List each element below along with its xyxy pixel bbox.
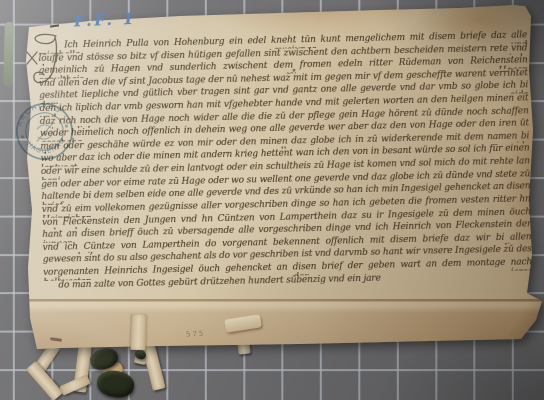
- charter-photograph: Ich Heinrich Pulla von Hohenburg ein ede…: [0, 0, 544, 400]
- initial-flourish-icon: [22, 30, 66, 88]
- plica-fold: [26, 299, 544, 351]
- manuscript-text: Ich Heinrich Pulla von Hohenburg ein ede…: [38, 30, 532, 293]
- plica-corner-fold: [500, 300, 544, 344]
- plica-strip: [130, 314, 146, 351]
- shelfmark-annotation: F.F. 1: [74, 10, 137, 31]
- plica-mark: 575: [186, 329, 206, 338]
